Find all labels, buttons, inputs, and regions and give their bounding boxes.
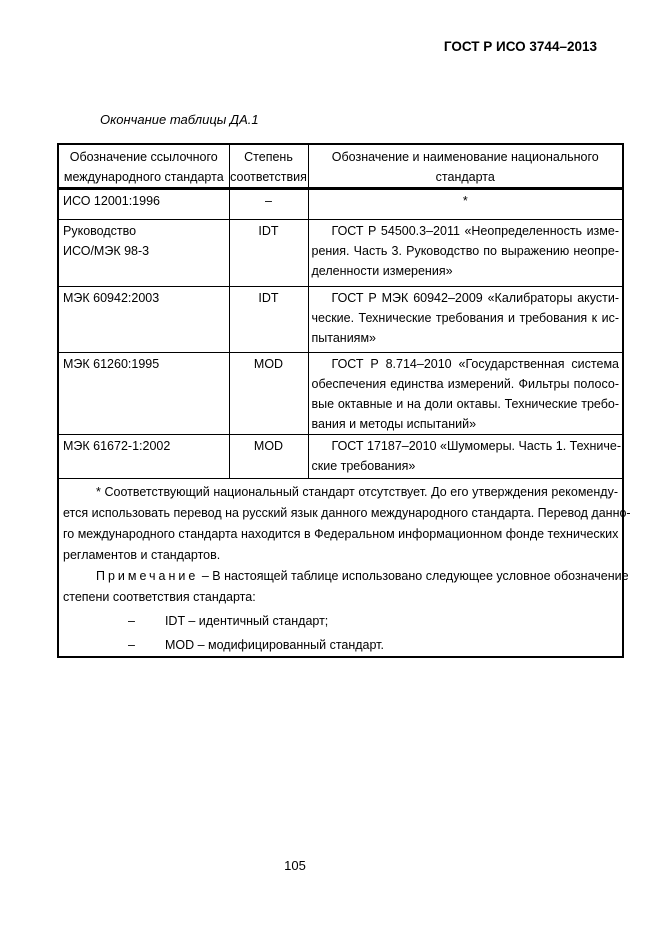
- degree-cell: IDT: [229, 287, 308, 353]
- footnote-row: * Соответствующий национальный стандарт …: [58, 479, 623, 658]
- national-standard-line: рения. Часть 3. Руководство по выражению…: [312, 241, 620, 261]
- national-standard-cell: ГОСТ Р МЭК 60942–2009 «Калибраторы акуст…: [308, 287, 623, 353]
- degree: MOD: [230, 354, 308, 374]
- degree-cell: IDT: [229, 220, 308, 287]
- national-standard-line: ческие. Технические требования и требова…: [312, 308, 620, 328]
- legend-item: – MOD – модифицированный стандарт.: [63, 635, 618, 656]
- ref-standard-cell: Руководство ИСО/МЭК 98-3: [58, 220, 229, 287]
- national-standard-line: ГОСТ Р 8.714–2010 «Государственная систе…: [312, 354, 620, 374]
- national-standard-line: вые октавные и на доли октавы. Техническ…: [312, 394, 620, 414]
- ref-standard: МЭК 61672-1:2002: [63, 436, 227, 456]
- legend-item: – IDT – идентичный стандарт;: [63, 611, 618, 632]
- degree-cell: MOD: [229, 353, 308, 435]
- national-standard-line: ГОСТ Р 54500.3–2011 «Неопределенность из…: [312, 221, 620, 241]
- ref-standard: Руководство: [63, 221, 227, 241]
- ref-standard-cell: МЭК 60942:2003: [58, 287, 229, 353]
- ref-standard: МЭК 61260:1995: [63, 354, 227, 374]
- table-row: МЭК 60942:2003 IDT ГОСТ Р МЭК 60942–2009…: [58, 287, 623, 353]
- footnote-line: го международного стандарта находится в …: [63, 524, 618, 545]
- legend-text: IDT – идентичный стандарт;: [165, 611, 328, 632]
- national-standard-line: пытаниям»: [312, 328, 620, 348]
- document-page: ГОСТ Р ИСО 3744–2013 Окончание таблицы Д…: [0, 0, 661, 936]
- reference-table: Обозначение ссылочного международного ст…: [57, 143, 624, 658]
- national-standard-cell: *: [308, 189, 623, 220]
- footnote-line: регламентов и стандартов.: [63, 545, 618, 566]
- col-header-line: Обозначение ссылочного: [59, 147, 229, 167]
- page-number: 105: [0, 858, 590, 873]
- ref-standard: ИСО 12001:1996: [63, 191, 227, 211]
- national-standard-line: обеспечения единства измерений. Фильтры …: [312, 374, 620, 394]
- national-standard-line: *: [312, 191, 620, 211]
- national-standard-cell: ГОСТ Р 8.714–2010 «Государственная систе…: [308, 353, 623, 435]
- col-header-ref-standard: Обозначение ссылочного международного ст…: [58, 144, 229, 189]
- degree: –: [230, 191, 308, 211]
- ref-standard-cell: МЭК 61260:1995: [58, 353, 229, 435]
- national-standard-line: ГОСТ Р МЭК 60942–2009 «Калибраторы акуст…: [312, 288, 620, 308]
- note-label: Примечание: [96, 569, 198, 583]
- table-row: МЭК 61672-1:2002 MOD ГОСТ 17187–2010 «Шу…: [58, 435, 623, 479]
- degree: MOD: [230, 436, 308, 456]
- note-text: – В настоящей таблице использовано следу…: [202, 569, 629, 583]
- table-row: МЭК 61260:1995 MOD ГОСТ Р 8.714–2010 «Го…: [58, 353, 623, 435]
- col-header-line: Степень: [230, 147, 308, 167]
- footnote-line: * Соответствующий национальный стандарт …: [63, 482, 618, 503]
- degree: IDT: [230, 288, 308, 308]
- ref-standard-cell: МЭК 61672-1:2002: [58, 435, 229, 479]
- footnote-line: ется использовать перевод на русский язы…: [63, 503, 618, 524]
- national-standard-line: ские требования»: [312, 456, 620, 476]
- national-standard-cell: ГОСТ Р 54500.3–2011 «Неопределенность из…: [308, 220, 623, 287]
- doc-header: ГОСТ Р ИСО 3744–2013: [444, 39, 597, 54]
- national-standard-line: деленности измерения»: [312, 261, 620, 281]
- legend-text: MOD – модифицированный стандарт.: [165, 635, 384, 656]
- ref-standard-cell: ИСО 12001:1996: [58, 189, 229, 220]
- col-header-line: стандарта: [309, 167, 623, 187]
- degree: IDT: [230, 221, 308, 241]
- footnote-cell: * Соответствующий национальный стандарт …: [58, 479, 623, 658]
- national-standard-line: ГОСТ 17187–2010 «Шумомеры. Часть 1. Техн…: [312, 436, 620, 456]
- ref-standard: ИСО/МЭК 98-3: [63, 241, 227, 261]
- dash-bullet: –: [128, 611, 135, 632]
- degree-cell: MOD: [229, 435, 308, 479]
- col-header-line: соответствия: [230, 167, 308, 187]
- col-header-line: Обозначение и наименование национального: [309, 147, 623, 167]
- table-row: Руководство ИСО/МЭК 98-3 IDT ГОСТ Р 5450…: [58, 220, 623, 287]
- note-line: степени соответствия стандарта:: [63, 587, 618, 608]
- table-row: ИСО 12001:1996 – *: [58, 189, 623, 220]
- col-header-national-standard: Обозначение и наименование национального…: [308, 144, 623, 189]
- note-line: Примечание – В настоящей таблице использ…: [63, 566, 618, 587]
- table-caption: Окончание таблицы ДА.1: [100, 112, 259, 127]
- ref-standard: МЭК 60942:2003: [63, 288, 227, 308]
- national-standard-line: вания и методы испытаний»: [312, 414, 620, 434]
- dash-bullet: –: [128, 635, 135, 656]
- col-header-line: международного стандарта: [59, 167, 229, 187]
- col-header-degree: Степень соответствия: [229, 144, 308, 189]
- degree-cell: –: [229, 189, 308, 220]
- national-standard-cell: ГОСТ 17187–2010 «Шумомеры. Часть 1. Техн…: [308, 435, 623, 479]
- table-header-row: Обозначение ссылочного международного ст…: [58, 144, 623, 189]
